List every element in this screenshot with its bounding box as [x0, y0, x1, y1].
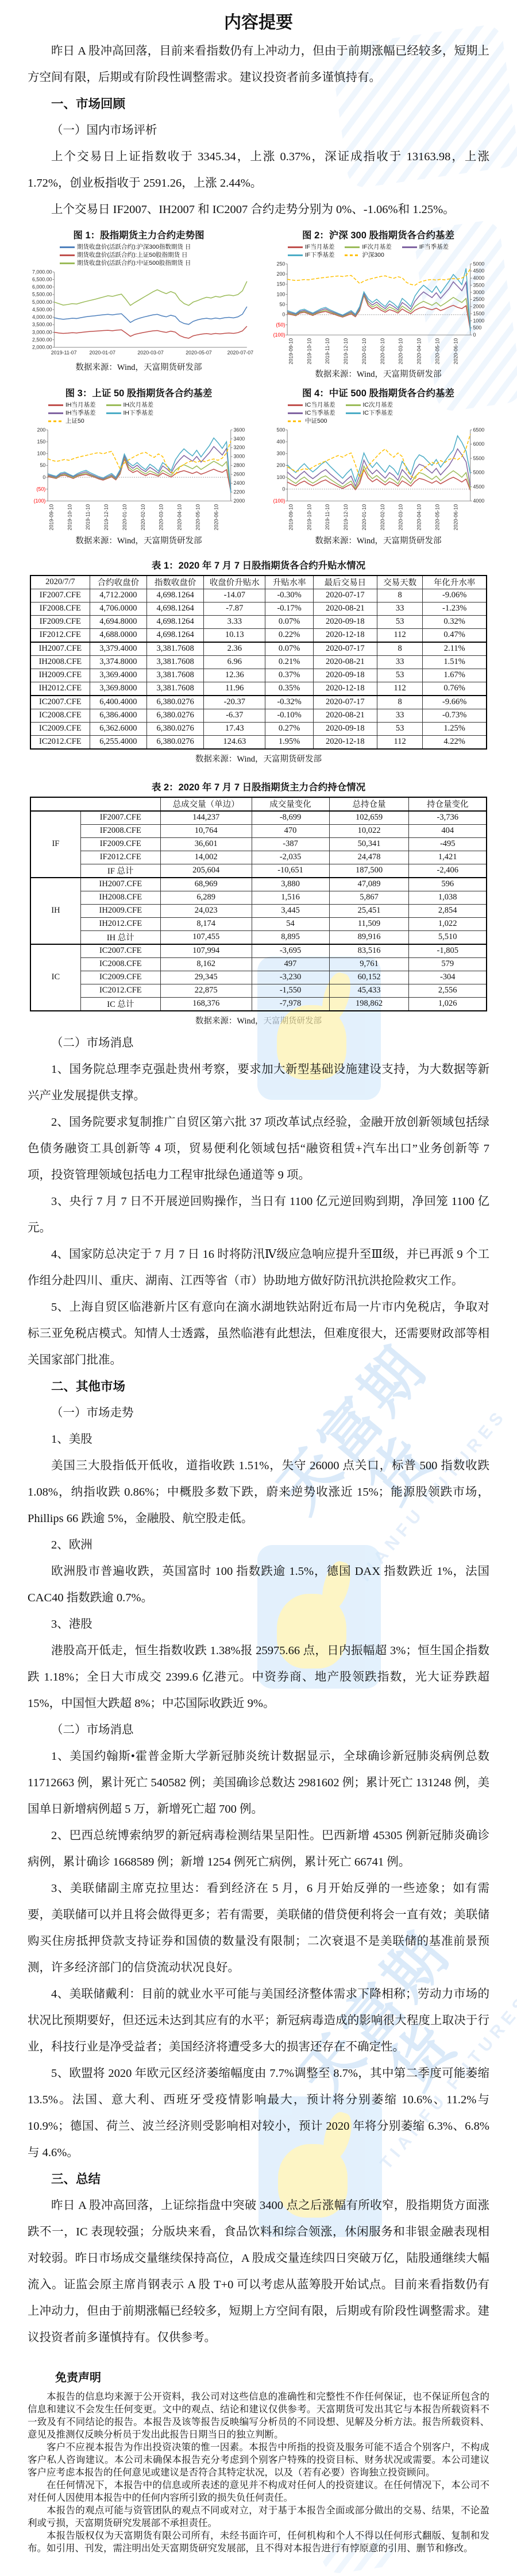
svg-text:50: 50 — [40, 463, 45, 469]
legend-label: IF当季基差 — [419, 243, 449, 251]
legend-item: IH次月基差 — [106, 401, 154, 409]
table-cell: IF2008.CFE — [30, 602, 90, 615]
table-cell: 6,289 — [160, 891, 252, 904]
table-header-cell: 持仓量变化 — [409, 797, 487, 811]
legend-swatch-icon — [60, 254, 75, 256]
table-row: IF2009.CFE36,601-38750,341-495 — [30, 837, 487, 851]
table-row: IF2009.CFE4,694.80004,698.12643.330.07%2… — [30, 615, 487, 628]
table-cell: IH2007.CFE — [30, 642, 90, 656]
intro-paragraph: 昨日 A 股冲高回落，目前来看指数仍有上冲动力，但由于前期涨幅已经较多，短期上方… — [28, 38, 489, 91]
table-cell: 112 — [377, 628, 422, 642]
legend-label: IF下季基差 — [305, 251, 334, 259]
figure-1-legend: 期货收盘价(活跃合约):沪深300指数期货 日期货收盘价(活跃合约):上证50股… — [60, 243, 254, 267]
table-cell: 4,698.1264 — [146, 628, 203, 642]
svg-text:4500: 4500 — [473, 484, 484, 490]
table-cell: -0.17% — [265, 602, 313, 615]
figure-3-title: 图 3：上证 50 股指期货各合约基差 — [23, 385, 254, 399]
legend-item: 期货收盘价(活跃合约):沪深300指数期货 日 — [60, 243, 191, 251]
svg-text:200: 200 — [277, 463, 285, 469]
svg-text:5,500.00: 5,500.00 — [32, 292, 52, 298]
svg-text:2020-01-10: 2020-01-10 — [361, 338, 367, 365]
line-chart-4: 5004003002001000(100)6500600055005000450… — [263, 426, 494, 533]
table-cell: 0.37% — [265, 669, 313, 682]
svg-text:4,500.00: 4,500.00 — [32, 307, 52, 312]
svg-text:5000: 5000 — [473, 261, 484, 267]
paragraph-europe: 欧洲股市普遍收跌，英国富时 100 指数跌逾 1.5%，德国 DAX 指数跌近 … — [28, 1558, 489, 1611]
disclaimer-paragraph: 在任何情况下，本报告中的信息或所表述的意见并不构成对任何人的投资建议。在任何情况… — [28, 2479, 489, 2504]
svg-text:2020-01-10: 2020-01-10 — [361, 504, 367, 531]
svg-text:2019-09-10: 2019-09-10 — [48, 504, 54, 531]
legend-label: IH下季基差 — [124, 409, 154, 417]
svg-text:3200: 3200 — [233, 445, 245, 451]
table-row: IF2012.CFE4,688.00004,698.126410.130.22%… — [30, 628, 487, 642]
table-cell: 107,455 — [160, 930, 252, 944]
news-item: 4、国家防总决定于 7 月 7 日 16 时将防汛Ⅳ级应急响应提升至Ⅲ级，并已再… — [28, 1241, 489, 1294]
legend-label: 中证500 — [305, 417, 327, 425]
svg-text:3400: 3400 — [233, 436, 245, 442]
legend-label: 期货收盘价(活跃合约):上证50股指期货 日 — [77, 251, 188, 259]
table-cell: 404 — [409, 824, 487, 837]
table-cell: 6,380.0276 — [146, 722, 203, 735]
table-1-source: 数据来源：Wind，天富期货研发部 — [0, 752, 517, 764]
svg-text:0: 0 — [282, 486, 285, 492]
section-heading-summary: 三、总结 — [28, 2166, 489, 2192]
disclaimer-paragraph: 客户不应视本报告为作出投资决策的惟一因素。本报告中所指的投资及服务可能不适合个别… — [28, 2441, 489, 2479]
table-row: IH2012.CFE3,369.80003,381.760811.960.35%… — [30, 682, 487, 696]
svg-text:2020-04-10: 2020-04-10 — [416, 338, 422, 365]
svg-text:2000: 2000 — [473, 304, 484, 310]
svg-text:200: 200 — [37, 427, 46, 433]
legend-label: IC当月基差 — [305, 401, 335, 409]
table-cell: 4,694.8000 — [90, 615, 146, 628]
table-cell: 60,152 — [329, 971, 409, 984]
table-cell: -14.07 — [204, 589, 265, 602]
legend-item: IH当季基差 — [48, 409, 96, 417]
legend-row: IC当季基差IC下季基差 — [288, 409, 494, 417]
table-cell: -304 — [409, 971, 487, 984]
table-row: IC2008.CFE6,386.40006,380.0276-6.37-0.10… — [30, 709, 487, 722]
table-row: IFIF2007.CFE144,237-8,699102,659-3,736 — [30, 811, 487, 825]
legend-row: 期货收盘价(活跃合约):沪深300指数期货 日 — [60, 243, 254, 251]
table-row: IC2009.CFE29,345-3,23060,152-304 — [30, 971, 487, 984]
legend-label: 期货收盘价(活跃合约):中证500股指期货 日 — [77, 259, 191, 267]
table-cell: 47,089 — [329, 878, 409, 891]
table-cell: 579 — [409, 957, 487, 971]
figure-3: 图 3：上证 50 股指期货各合约基差 IH当月基差IH次月基差IH当季基差IH… — [23, 383, 254, 549]
table-cell: -1,550 — [252, 984, 329, 997]
figure-2: 图 2：沪深 300 股指期货各合约基差 IF当月基差IF次月基差IF当季基差I… — [263, 225, 494, 383]
table-group-cell: IH — [30, 878, 80, 944]
svg-text:100: 100 — [277, 474, 285, 480]
legend-row: IH当季基差IH下季基差 — [48, 409, 254, 417]
table-cell: 2.11% — [423, 642, 487, 656]
svg-text:2020-03-10: 2020-03-10 — [398, 338, 404, 365]
paragraph-summary: 昨日 A 股冲高回落，上证综指盘中突破 3400 点之后涨幅有所收窄，股指期货方… — [28, 2192, 489, 2351]
table-cell: 3,381.7608 — [146, 655, 203, 669]
legend-swatch-icon — [288, 412, 303, 414]
figure-2-plot: 250200150100500(50)(100)5000450040003500… — [263, 260, 494, 367]
svg-text:150: 150 — [277, 281, 285, 287]
svg-text:150: 150 — [37, 439, 46, 445]
disclaimer-paragraph: 本报告的信息均来源于公开资料，我公司对这些信息的准确性和完整性不作任何保证，也不… — [28, 2390, 489, 2441]
table-cell: 2,854 — [409, 904, 487, 917]
table-cell: IC2007.CFE — [80, 944, 160, 958]
svg-text:2019-10-10: 2019-10-10 — [306, 338, 312, 365]
page-title: 内容提要 — [28, 0, 489, 33]
table-cell: 2020-09-18 — [313, 722, 377, 735]
svg-text:2020-05-10: 2020-05-10 — [195, 504, 200, 531]
svg-text:2,500.00: 2,500.00 — [32, 337, 52, 342]
legend-item: IF下季基差 — [288, 251, 334, 259]
svg-text:2020-02-10: 2020-02-10 — [380, 338, 385, 365]
table-cell: 112 — [377, 735, 422, 749]
svg-text:2200: 2200 — [233, 489, 245, 495]
legend-row: 上证50 — [48, 417, 254, 425]
table-row: IHIH2007.CFE68,9693,88047,089596 — [30, 878, 487, 891]
table-cell: 6.96 — [204, 655, 265, 669]
legend-label: 上证50 — [65, 417, 84, 425]
legend-label: IF次月基差 — [362, 243, 391, 251]
table-cell: 53 — [377, 615, 422, 628]
line-chart-3: 200150100500(50)(100)3600340032003000280… — [23, 426, 254, 533]
legend-label: 期货收盘价(活跃合约):沪深300指数期货 日 — [77, 243, 191, 251]
table-header-cell: 指数收盘价 — [146, 576, 203, 589]
legend-swatch-icon — [288, 404, 303, 406]
svg-text:2019-12-10: 2019-12-10 — [343, 504, 349, 531]
table-cell: IH2008.CFE — [80, 891, 160, 904]
svg-text:400: 400 — [277, 439, 285, 445]
table-cell: -7.87 — [204, 602, 265, 615]
table-total-row: IH 总计107,4558,89589,9165,510 — [30, 930, 487, 944]
svg-text:3000: 3000 — [233, 454, 245, 459]
svg-text:4000: 4000 — [473, 275, 484, 281]
svg-text:5500: 5500 — [473, 455, 484, 461]
table-row: IF2007.CFE4,712.20004,698.1264-14.07-0.3… — [30, 589, 487, 602]
legend-label: IC当季基差 — [305, 409, 335, 417]
table-cell: -9.66% — [423, 696, 487, 709]
table-cell: 6,255.4000 — [90, 735, 146, 749]
line-chart-1: 7,000.006,500.006,000.005,500.005,000.00… — [23, 268, 254, 360]
svg-text:3500: 3500 — [473, 282, 484, 288]
svg-text:2020-06-10: 2020-06-10 — [453, 504, 458, 531]
table-cell: IH2008.CFE — [30, 655, 90, 669]
table-cell: 2020-12-18 — [313, 628, 377, 642]
svg-text:2400: 2400 — [233, 481, 245, 486]
table-row: IH2009.CFE24,0233,44525,4512,854 — [30, 904, 487, 917]
table-cell: -0.32% — [265, 696, 313, 709]
svg-text:2019-11-10: 2019-11-10 — [325, 504, 330, 530]
table-cell: IC2012.CFE — [80, 984, 160, 997]
table-cell: 4,706.0000 — [90, 602, 146, 615]
legend-item: 中证500 — [288, 417, 327, 425]
table-row: IH2009.CFE3,369.40003,381.760812.360.37%… — [30, 669, 487, 682]
svg-text:1500: 1500 — [473, 311, 484, 316]
table-cell: 36,601 — [160, 837, 252, 851]
table-cell: IC2012.CFE — [30, 735, 90, 749]
table-cell: 2020-12-18 — [313, 682, 377, 696]
svg-text:4000: 4000 — [473, 498, 484, 504]
table-header-cell: 成交量变化 — [252, 797, 329, 811]
table-cell: 470 — [252, 824, 329, 837]
table-row: IC2012.CFE22,875-1,55045,4332,556 — [30, 984, 487, 997]
table-cell: IF2012.CFE — [30, 628, 90, 642]
table-cell: IH2009.CFE — [80, 904, 160, 917]
svg-text:2019-12-10: 2019-12-10 — [343, 338, 349, 365]
table-cell: 6,400.4000 — [90, 696, 146, 709]
svg-text:2020-06-10: 2020-06-10 — [213, 504, 219, 531]
table-cell: 107,994 — [160, 944, 252, 958]
svg-text:2019-10-10: 2019-10-10 — [306, 504, 312, 531]
table-cell: 14,002 — [160, 851, 252, 864]
table-cell: 25,451 — [329, 904, 409, 917]
table-cell: -2,035 — [252, 851, 329, 864]
legend-item: IF当月基差 — [288, 243, 334, 251]
table-header-cell: 总持仓量 — [329, 797, 409, 811]
table-cell: 1,022 — [409, 917, 487, 930]
table-cell: IH2012.CFE — [80, 917, 160, 930]
paragraph-index-close: 上个交易日上证指数收于 3345.34，上涨 0.37%，深证成指收于 1316… — [28, 144, 489, 196]
table-cell: 2020-08-21 — [313, 655, 377, 669]
table-cell: 3,880 — [252, 878, 329, 891]
table-cell: 0.35% — [265, 682, 313, 696]
table-cell: -3,230 — [252, 971, 329, 984]
table-cell: 33 — [377, 602, 422, 615]
table-cell: -0.10% — [265, 709, 313, 722]
table-cell: IC2009.CFE — [80, 971, 160, 984]
svg-text:2020-07-07: 2020-07-07 — [227, 350, 254, 356]
table-group-cell: IC — [30, 944, 80, 1011]
svg-text:7,000.00: 7,000.00 — [32, 269, 52, 275]
table-header-cell: 收盘价升贴水 — [204, 576, 265, 589]
table-cell: 8 — [377, 696, 422, 709]
table-cell: -1.23% — [423, 602, 487, 615]
legend-item: IC次月基差 — [346, 401, 393, 409]
table-cell: 5,867 — [329, 891, 409, 904]
legend-swatch-icon — [345, 254, 360, 256]
table-cell: IF2007.CFE — [30, 589, 90, 602]
table-row: IF2008.CFE10,76447010,022404 — [30, 824, 487, 837]
table-cell: 11,509 — [329, 917, 409, 930]
svg-text:2019-09-10: 2019-09-10 — [288, 338, 294, 365]
news-item: 5、上海自贸区临港新片区有意向在滴水湖地铁站附近布局一片市内免税店，争取对标三亚… — [28, 1294, 489, 1373]
table-2-caption: 表 2：2020 年 7 月 7 日股指期货主力合约持仓情况 — [0, 779, 517, 793]
table-cell: 0.22% — [265, 628, 313, 642]
table-cell: 3,369.4000 — [90, 669, 146, 682]
legend-label: 沪深300 — [362, 251, 384, 259]
table-cell: 6,380.0276 — [146, 709, 203, 722]
table-cell: 29,345 — [160, 971, 252, 984]
svg-text:50: 50 — [279, 302, 285, 307]
table-cell: 6,380.0276 — [146, 735, 203, 749]
svg-text:(100): (100) — [34, 498, 46, 504]
table-cell: -6.37 — [204, 709, 265, 722]
svg-text:6500: 6500 — [473, 427, 484, 433]
paragraph-us-stocks: 美国三大股指低开低收，道指收跌 1.51%，失守 26000 点关口，标普 50… — [28, 1453, 489, 1532]
svg-text:2020-06-10: 2020-06-10 — [453, 338, 458, 365]
line-chart-2: 250200150100500(50)(100)5000450040003500… — [263, 260, 494, 367]
table-row: IC2007.CFE6,400.40006,380.0276-20.37-0.3… — [30, 696, 487, 709]
table-cell: 0.27% — [265, 722, 313, 735]
table-cell: IF2009.CFE — [80, 837, 160, 851]
svg-text:2500: 2500 — [473, 296, 484, 302]
section-heading-market-review: 一、市场回顾 — [28, 91, 489, 117]
figure-1: 图 1：股指期货主力合约走势图 期货收盘价(活跃合约):沪深300指数期货 日期… — [23, 225, 254, 383]
table-cell: 50,341 — [329, 837, 409, 851]
svg-text:300: 300 — [277, 451, 285, 457]
legend-item: 沪深300 — [345, 251, 384, 259]
table-cell: 1,516 — [252, 891, 329, 904]
table-row: IF2008.CFE4,706.00004,698.1264-7.87-0.17… — [30, 602, 487, 615]
table-cell: 53 — [377, 722, 422, 735]
table-cell: IF 总计 — [80, 864, 160, 878]
table-row: IC2009.CFE6,362.60006,380.027617.430.27%… — [30, 722, 487, 735]
table-cell: -495 — [409, 837, 487, 851]
table-cell: 0.07% — [265, 642, 313, 656]
table-cell: 24,478 — [329, 851, 409, 864]
table-header-cell: 总成交量（单边） — [160, 797, 252, 811]
legend-label: IC次月基差 — [363, 401, 393, 409]
table-cell: 8,162 — [160, 957, 252, 971]
news-item: 5、欧盟将 2020 年欧元区经济萎缩幅度由 7.7%调整至 8.7%，其中第二… — [28, 2060, 489, 2166]
table-header-row: 总成交量（单边）成交量变化总持仓量持仓量变化 — [30, 797, 487, 811]
table-cell: 54 — [252, 917, 329, 930]
table-row: IF2012.CFE14,002-2,03524,4781,421 — [30, 851, 487, 864]
svg-text:(50): (50) — [276, 322, 285, 327]
news-item: 3、央行 7 月 7 日不开展逆回购操作，当日有 1100 亿元逆回购到期，净回… — [28, 1188, 489, 1241]
table-header-cell: 2020/7/7 — [30, 576, 90, 589]
figure-4: 图 4：中证 500 股指期货各合约基差 IC当月基差IC次月基差IC当季基差I… — [263, 383, 494, 549]
svg-text:3600: 3600 — [233, 427, 245, 433]
legend-item: 上证50 — [48, 417, 84, 425]
table-cell: 3,374.8000 — [90, 655, 146, 669]
table-header-row: 2020/7/7合约收盘价指数收盘价收盘价升贴水升贴水率最后交易日交易天数年化升… — [30, 576, 487, 589]
table-cell: IH2007.CFE — [80, 878, 160, 891]
svg-text:2020-03-10: 2020-03-10 — [398, 504, 404, 531]
table-cell: 1.51% — [423, 655, 487, 669]
disclaimer-paragraph: 本报告版权仅为天富期货有限公司所有，未经书面许可，任何机构和个人不得以任何形式翻… — [28, 2529, 489, 2555]
table-cell: -3,695 — [252, 944, 329, 958]
legend-label: IH次月基差 — [124, 401, 154, 409]
table-cell: 8 — [377, 589, 422, 602]
disclaimer-section: 免责声明 本报告的信息均来源于公开资料，我公司对这些信息的准确性和完整性不作任何… — [28, 2368, 489, 2555]
disclaimer-heading: 免责声明 — [28, 2368, 489, 2385]
svg-text:2,000.00: 2,000.00 — [32, 345, 52, 350]
table-cell: 4,698.1264 — [146, 602, 203, 615]
svg-text:5,000.00: 5,000.00 — [32, 299, 52, 305]
table-cell: 0.47% — [423, 628, 487, 642]
table-cell: 3,381.7608 — [146, 669, 203, 682]
figure-1-title: 图 1：股指期货主力合约走势图 — [23, 227, 254, 241]
table-header-cell: 交易天数 — [377, 576, 422, 589]
svg-text:2020-04-10: 2020-04-10 — [416, 504, 422, 531]
table-cell: IC2008.CFE — [30, 709, 90, 722]
figure-4-title: 图 4：中证 500 股指期货各合约基差 — [263, 385, 494, 399]
table-cell: IF2009.CFE — [30, 615, 90, 628]
table-cell: 9,761 — [329, 957, 409, 971]
figure-1-plot: 7,000.006,500.006,000.005,500.005,000.00… — [23, 268, 254, 360]
table-cell: 2020-12-18 — [313, 735, 377, 749]
legend-row: 期货收盘价(活跃合约):上证50股指期货 日 — [60, 251, 254, 259]
table-cell: 2020-09-18 — [313, 669, 377, 682]
table-header-cell — [30, 797, 160, 811]
table-cell: 0.76% — [423, 682, 487, 696]
paragraph-futures-change: 上个交易日 IF2007、IH2007 和 IC2007 合约走势分别为 0%、… — [28, 196, 489, 223]
svg-text:2600: 2600 — [233, 472, 245, 477]
figure-2-source: 数据来源：Wind，天富期货研发部 — [263, 368, 494, 380]
table-header-cell: 升贴水率 — [265, 576, 313, 589]
table-row: IC2012.CFE6,255.40006,380.0276124.631.95… — [30, 735, 487, 749]
svg-text:5000: 5000 — [473, 470, 484, 476]
subheading-us-stocks: 1、美股 — [28, 1426, 489, 1453]
legend-swatch-icon — [48, 412, 63, 414]
svg-text:2020-01-10: 2020-01-10 — [122, 504, 128, 531]
table-cell: 1.25% — [423, 722, 487, 735]
svg-text:500: 500 — [473, 325, 481, 331]
legend-item: IH下季基差 — [106, 409, 154, 417]
table-cell: 4,698.1264 — [146, 615, 203, 628]
legend-item: 期货收盘价(活跃合约):中证500股指期货 日 — [60, 259, 191, 267]
svg-text:2019-11-10: 2019-11-10 — [85, 504, 91, 530]
figure-4-source: 数据来源：Wind，天富期货研发部 — [263, 534, 494, 546]
table-1-caption: 表 1：2020 年 7 月 7 日股指期货各合约升贴水情况 — [0, 558, 517, 571]
legend-label: IC下季基差 — [363, 409, 393, 417]
table-cell: 17.43 — [204, 722, 265, 735]
table-cell: 124.63 — [204, 735, 265, 749]
table-header-cell: 最后交易日 — [313, 576, 377, 589]
table-cell: 12.36 — [204, 669, 265, 682]
section-heading-other-markets: 二、其他市场 — [28, 1373, 489, 1400]
svg-text:4500: 4500 — [473, 268, 484, 274]
legend-item: IF当季基差 — [402, 243, 449, 251]
svg-text:2019-09-10: 2019-09-10 — [288, 504, 294, 531]
svg-text:100: 100 — [277, 291, 285, 297]
subheading-global-news: （二）市场消息 — [28, 1717, 489, 1743]
news-item: 2、巴西总统博索纳罗的新冠病毒检测结果呈阳性。巴西新增 45305 例新冠肺炎确… — [28, 1822, 489, 1875]
svg-text:2000: 2000 — [233, 498, 245, 504]
svg-text:3,500.00: 3,500.00 — [32, 322, 52, 327]
table-total-row: IF 总计205,604-10,651187,500-2,406 — [30, 864, 487, 878]
legend-swatch-icon — [346, 404, 361, 406]
figure-3-legend: IH当月基差IH次月基差IH当季基差IH下季基差上证50 — [48, 401, 254, 425]
svg-text:500: 500 — [277, 427, 285, 433]
svg-text:4,000.00: 4,000.00 — [32, 314, 52, 320]
table-cell: 497 — [252, 957, 329, 971]
table-cell: IC2008.CFE — [80, 957, 160, 971]
svg-text:2020-03-07: 2020-03-07 — [137, 350, 164, 356]
svg-text:2020-01-07: 2020-01-07 — [90, 350, 116, 356]
legend-row: 期货收盘价(活跃合约):中证500股指期货 日 — [60, 259, 254, 267]
legend-label: IF当月基差 — [305, 243, 334, 251]
table-cell: IH2009.CFE — [30, 669, 90, 682]
table-cell: -10,651 — [252, 864, 329, 878]
legend-row: IF下季基差沪深300 — [288, 251, 494, 259]
table-cell: 33 — [377, 709, 422, 722]
table-cell: 22,875 — [160, 984, 252, 997]
legend-item: IH当月基差 — [48, 401, 96, 409]
table-cell: 10.13 — [204, 628, 265, 642]
svg-text:6,000.00: 6,000.00 — [32, 284, 52, 290]
table-cell: IF2008.CFE — [80, 824, 160, 837]
figure-4-plot: 5004003002001000(100)6500600055005000450… — [263, 426, 494, 533]
figure-3-plot: 200150100500(50)(100)3600340032003000280… — [23, 426, 254, 533]
news-item: 3、美联储副主席克拉里达：看到经济在 5 月，6 月开始反弹的一些迹象；如有需要… — [28, 1875, 489, 1981]
legend-item: IF次月基差 — [345, 243, 391, 251]
svg-text:3,000.00: 3,000.00 — [32, 329, 52, 335]
table-cell: 1.95% — [265, 735, 313, 749]
table-cell: 2020-07-17 — [313, 696, 377, 709]
svg-text:(100): (100) — [273, 332, 285, 338]
legend-swatch-icon — [60, 246, 75, 248]
